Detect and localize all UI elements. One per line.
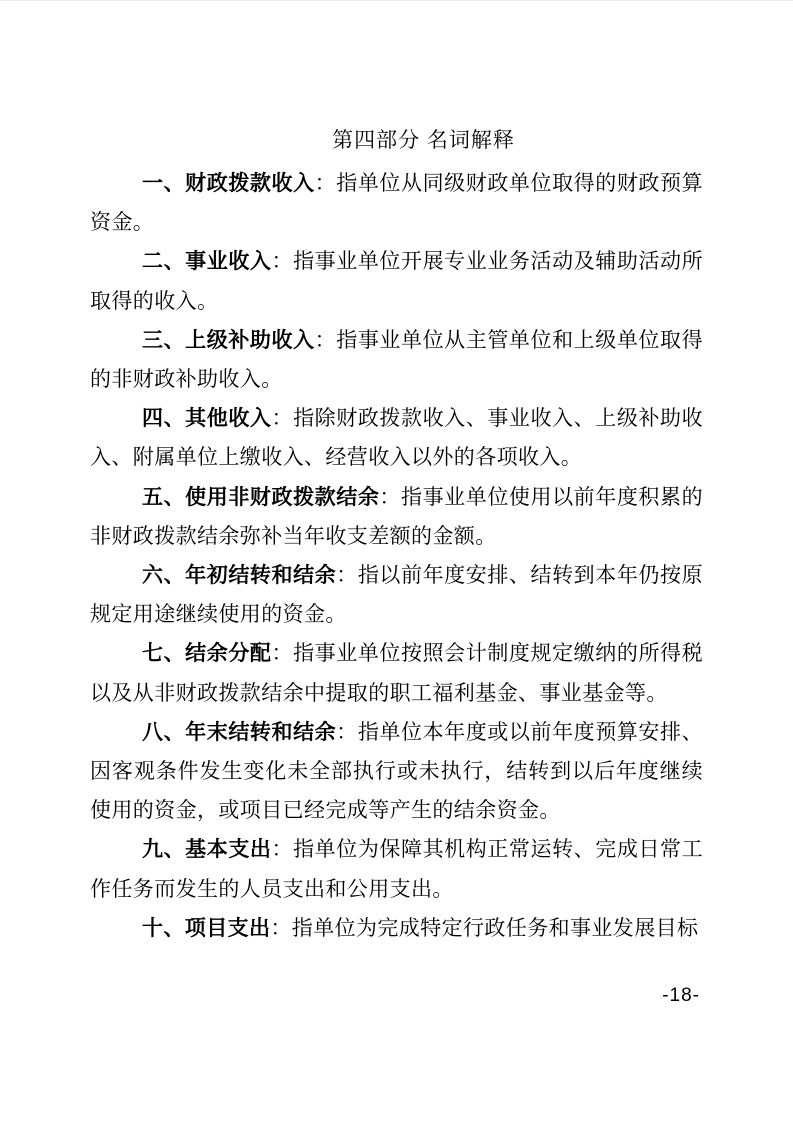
definition-paragraph-6: 六、年初结转和结余：指以前年度安排、结转到本年仍按原规定用途继续使用的资金。 xyxy=(90,556,703,634)
definition-paragraph-3: 三、上级补助收入：指事业单位从主管单位和上级单位取得的非财政补助收入。 xyxy=(90,321,703,399)
definition-paragraph-5: 五、使用非财政拨款结余：指事业单位使用以前年度积累的非财政拨款结余弥补当年收支差… xyxy=(90,478,703,556)
term-label: 四、其他收入 xyxy=(142,407,272,430)
definition-paragraph-1: 一、财政拨款收入：指单位从同级财政单位取得的财政预算资金。 xyxy=(90,164,703,242)
document-content: 第四部分 名词解释 一、财政拨款收入：指单位从同级财政单位取得的财政预算资金。 … xyxy=(90,121,703,948)
term-label: 二、事业收入 xyxy=(142,250,272,273)
definition-paragraph-9: 九、基本支出：指单位为保障其机构正常运转、完成日常工作任务而发生的人员支出和公用… xyxy=(90,830,703,908)
page-title: 第四部分 名词解释 xyxy=(90,121,703,160)
page-number: -18- xyxy=(662,985,700,1007)
term-label: 一、财政拨款收入 xyxy=(142,172,315,195)
definition-paragraph-7: 七、结余分配：指事业单位按照会计制度规定缴纳的所得税以及从非财政拨款结余中提取的… xyxy=(90,634,703,712)
term-label: 七、结余分配 xyxy=(142,642,272,665)
term-label: 八、年末结转和结余 xyxy=(142,721,336,744)
term-label: 五、使用非财政拨款结余 xyxy=(142,486,379,509)
term-label: 三、上级补助收入 xyxy=(142,329,315,352)
document-page: 第四部分 名词解释 一、财政拨款收入：指单位从同级财政单位取得的财政预算资金。 … xyxy=(0,0,793,1122)
definition-paragraph-10: 十、项目支出：指单位为完成特定行政任务和事业发展目标 xyxy=(90,909,703,948)
term-definition: ：指单位为完成特定行政任务和事业发展目标 xyxy=(270,917,698,940)
term-label: 九、基本支出 xyxy=(142,838,272,861)
definition-paragraph-2: 二、事业收入：指事业单位开展专业业务活动及辅助活动所取得的收入。 xyxy=(90,242,703,320)
definition-paragraph-8: 八、年末结转和结余：指单位本年度或以前年度预算安排、因客观条件发生变化未全部执行… xyxy=(90,713,703,831)
term-label: 六、年初结转和结余 xyxy=(142,564,336,587)
term-label: 十、项目支出 xyxy=(142,917,270,940)
definition-paragraph-4: 四、其他收入：指除财政拨款收入、事业收入、上级补助收入、附属单位上缴收入、经营收… xyxy=(90,399,703,477)
